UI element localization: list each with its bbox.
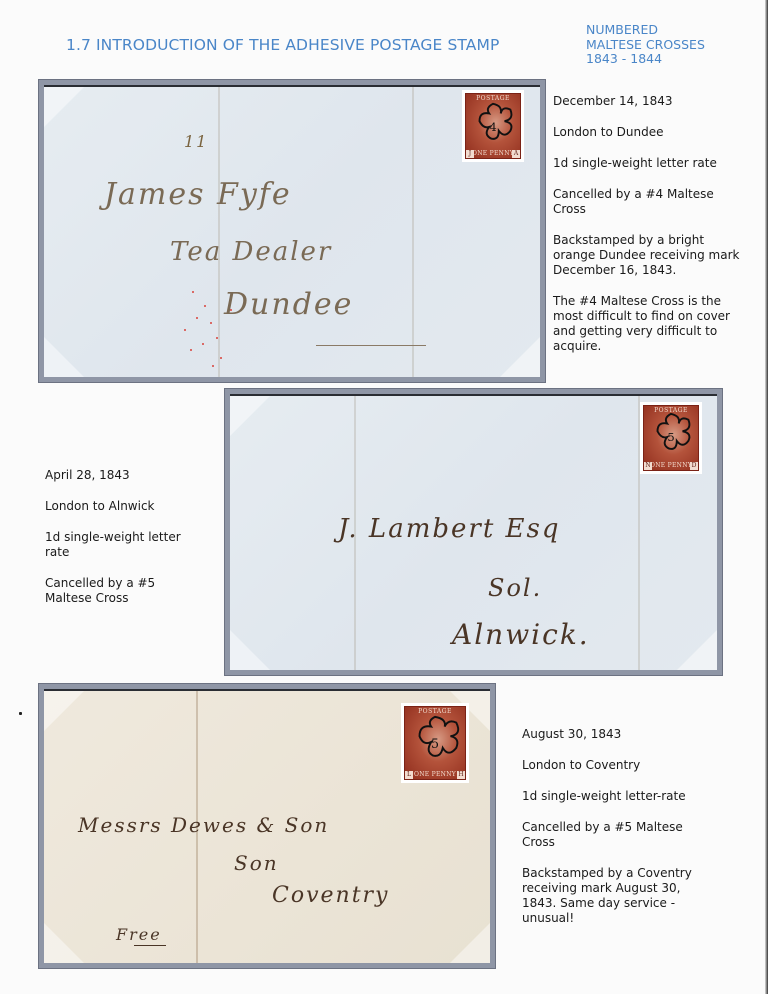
svg-text:5: 5	[431, 736, 439, 751]
fold-line	[412, 87, 414, 377]
cover-note: Backstamped by a bright orange Dundee re…	[553, 233, 743, 278]
cover-route: London to Coventry	[522, 758, 712, 773]
svg-text:4: 4	[489, 120, 496, 134]
cover-alnwick: J. Lambert Esq Sol. Alnwick. POSTAGE 5 O…	[230, 394, 717, 670]
stamp-bottom-label: ONE PENNY	[405, 771, 465, 778]
address-line: Sol.	[488, 574, 542, 602]
mount-corner	[230, 396, 270, 436]
cover-cancel: Cancelled by a #4 Maltese Cross	[553, 187, 743, 217]
cover-note: The #4 Maltese Cross is the most difficu…	[553, 294, 743, 354]
cover-route: London to Alnwick	[45, 499, 205, 514]
penny-red-stamp: POSTAGE 5 ONE PENNY N D	[640, 402, 702, 474]
description-coventry: August 30, 1843 London to Coventry 1d si…	[522, 727, 712, 942]
free-frank: Free	[116, 925, 162, 944]
cover-cancel: Cancelled by a #5 Maltese Cross	[45, 576, 205, 606]
address-line: Messrs Dewes & Son	[78, 813, 329, 837]
cover-coventry: Messrs Dewes & Son Son Coventry Free POS…	[44, 689, 490, 963]
address-line: Dundee	[224, 287, 353, 322]
address-line: Tea Dealer	[170, 237, 332, 267]
cover-rate: 1d single-weight letter rate	[45, 530, 205, 560]
address-line: Coventry	[272, 883, 389, 908]
stamp-check-letter: D	[690, 462, 698, 470]
address-line: James Fyfe	[104, 177, 292, 212]
mount-corner	[677, 630, 717, 670]
maltese-cross-cancel-icon: 5	[644, 406, 698, 470]
penny-red-stamp: POSTAGE 4 ONE PENNY J A	[462, 90, 524, 162]
mount-corner	[44, 337, 84, 377]
address-underline	[316, 345, 426, 346]
mount-corner	[44, 87, 84, 127]
mount-corner	[500, 337, 540, 377]
cover-mount-dundee: 11 James Fyfe Tea Dealer Dundee POSTAGE …	[38, 79, 546, 383]
subtitle-line: NUMBERED	[586, 23, 705, 38]
address-line: Alnwick.	[452, 618, 590, 651]
cover-route: London to Dundee	[553, 125, 743, 140]
address-line: J. Lambert Esq	[338, 514, 561, 544]
cover-mount-coventry: Messrs Dewes & Son Son Coventry Free POS…	[38, 683, 496, 969]
stamp-check-letter: N	[644, 462, 652, 470]
free-underline	[134, 945, 166, 946]
page-subtitle: NUMBERED MALTESE CROSSES 1843 - 1844	[586, 23, 705, 67]
cover-cancel: Cancelled by a #5 Maltese Cross	[522, 820, 712, 850]
maltese-cross-cancel-icon: 5	[405, 707, 465, 779]
stamp-check-letter: L	[405, 771, 413, 779]
cover-rate: 1d single-weight letter-rate	[522, 789, 712, 804]
description-alnwick: April 28, 1843 London to Alnwick 1d sing…	[45, 468, 205, 622]
maltese-cross-cancel-icon: 4	[466, 94, 520, 158]
cover-date: August 30, 1843	[522, 727, 712, 742]
description-dundee: December 14, 1843 London to Dundee 1d si…	[553, 94, 743, 370]
mount-corner	[450, 923, 490, 963]
stamp-check-letter: A	[512, 150, 520, 158]
page-speck	[19, 712, 22, 715]
stamp-check-letter: J	[466, 150, 474, 158]
cover-dundee: 11 James Fyfe Tea Dealer Dundee POSTAGE …	[44, 85, 540, 377]
svg-text:5: 5	[667, 430, 674, 444]
cover-note: Backstamped by a Coventry receiving mark…	[522, 866, 712, 926]
manuscript-mark: 11	[184, 132, 208, 151]
address-line: Son	[234, 851, 279, 875]
cover-date: April 28, 1843	[45, 468, 205, 483]
mount-corner	[44, 691, 84, 731]
stamp-check-letter: H	[457, 771, 465, 779]
subtitle-line: MALTESE CROSSES	[586, 38, 705, 53]
mount-corner	[230, 630, 270, 670]
cover-date: December 14, 1843	[553, 94, 743, 109]
subtitle-line: 1843 - 1844	[586, 52, 705, 67]
cover-mount-alnwick: J. Lambert Esq Sol. Alnwick. POSTAGE 5 O…	[224, 388, 723, 676]
penny-red-stamp: POSTAGE 5 ONE PENNY L H	[401, 703, 469, 783]
page-title: 1.7 INTRODUCTION OF THE ADHESIVE POSTAGE…	[66, 36, 499, 54]
mount-corner	[44, 923, 84, 963]
cover-rate: 1d single-weight letter rate	[553, 156, 743, 171]
fold-line	[218, 87, 220, 377]
